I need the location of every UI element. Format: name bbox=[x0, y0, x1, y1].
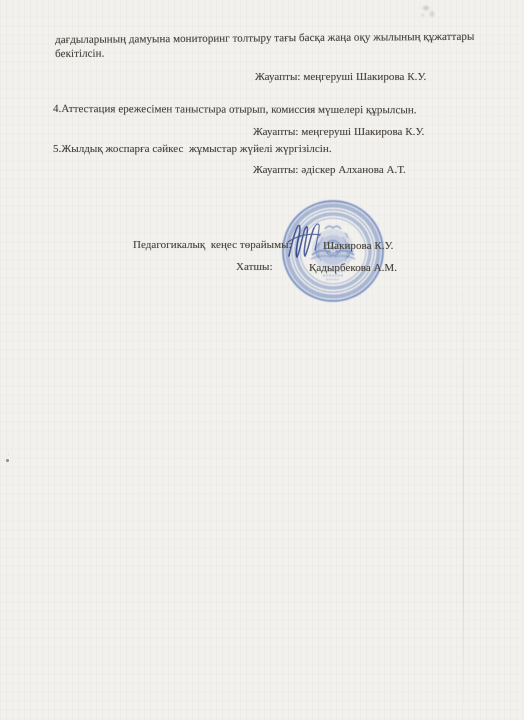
resolution-item-4: 4.Аттестация ережесімен таныстыра отырып… bbox=[53, 103, 417, 116]
chair-signature-name: Шакирова К.У. bbox=[323, 240, 393, 252]
scan-smudge bbox=[416, 0, 442, 24]
resolution-item-5: 5.Жылдық жоспарға сәйкес жұмыстар жүйелі… bbox=[53, 143, 332, 155]
responsible-line-2: Жауапты: меңгеруші Шакирова К.У. bbox=[253, 126, 424, 138]
document-page: дағдыларының дамуына мониторинг толтыру … bbox=[0, 0, 524, 720]
scan-speck bbox=[6, 459, 9, 462]
paragraph-continuation: дағдыларының дамуына мониторинг толтыру … bbox=[55, 31, 479, 61]
scan-crease bbox=[463, 290, 464, 720]
responsible-line-3: Жауапты: әдіскер Алханова А.Т. bbox=[253, 164, 406, 176]
chair-signature-label: Педагогикалық кеңес төрайымы: bbox=[133, 239, 292, 251]
secretary-signature-name: Қадырбекова А.М. bbox=[309, 262, 397, 274]
secretary-signature-label: Хатшы: bbox=[236, 261, 273, 273]
responsible-line-1: Жауапты: меңгеруші Шакирова К.У. bbox=[255, 71, 426, 83]
